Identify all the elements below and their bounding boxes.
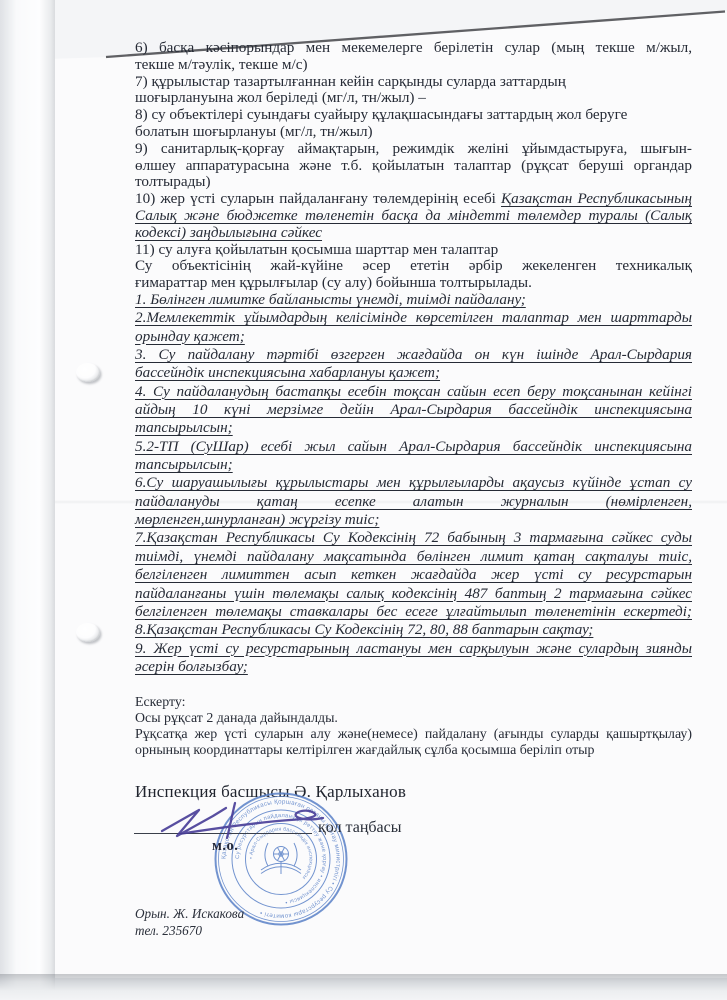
scanned-document-page: 6) басқа кәсіпорындар мен мекемелерге бе…	[0, 0, 727, 1000]
document-line: 5.2-ТП (СуШар) есебі жыл сайын Арал-Сырд…	[135, 438, 692, 456]
document-line: 10) жер үсті суларын пайдаланғану төлемд…	[135, 191, 692, 208]
document-line: 7.Қазақстан Республикасы Су Кодексінің 7…	[135, 529, 692, 547]
line-text: 10) жер үсті суларын пайдаланғану төлемд…	[135, 190, 501, 207]
document-line: 9. Жер үсті су ресурстарының ластануы ме…	[135, 640, 692, 658]
page-left-edge	[0, 0, 55, 1000]
document-conditions-list: 1. Бөлінген лимитке байланысты үнемді, т…	[135, 291, 692, 676]
document-line: Ескерту:	[135, 695, 692, 711]
executor-block: Орын. Ж. Искакова тел. 235670	[135, 906, 244, 939]
document-line: белгіленген төлемақы ставкалары бес есег…	[135, 603, 692, 621]
document-line: белгіленген лимиттен асып кеткен жағдайд…	[135, 566, 692, 584]
document-line: 2.Мемлекеттік ұйымдардың келісімінде көр…	[135, 309, 692, 327]
document-line: пайдаланғаны үшін төлемақы салық кодексі…	[135, 585, 692, 603]
document-line: бассейндік инспекциясына хабарлануы қаже…	[135, 364, 692, 382]
document-line: Су объектісінің жай-күйіне әсер ететін ә…	[135, 258, 692, 275]
document-line: 3. Су пайдалану тәртібі өзгерген жағдайд…	[135, 346, 692, 364]
document-line: 1. Бөлінген лимитке байланысты үнемді, т…	[135, 291, 692, 309]
document-line: мөрленген,шнурланған) жүргізу тиіс;	[135, 511, 692, 529]
document-line: тапсырылсын;	[135, 456, 692, 474]
signature-ink	[122, 793, 354, 865]
document-line: Рұқсатқа жер үсті суларын алу және(немес…	[135, 727, 692, 743]
document-line: 8) су объектілері суындағы суайыру құлақ…	[135, 107, 692, 124]
document-line: 6) басқа кәсіпорындар мен мекемелерге бе…	[135, 40, 692, 57]
document-line: орындау қажет;	[135, 328, 692, 346]
document-line: орнының координаттары келтірілген жағдай…	[135, 743, 692, 759]
document-line: Салық және бюджетке төленетін басқа да м…	[135, 208, 692, 225]
executor-name: Орын. Ж. Искакова	[135, 906, 244, 923]
underlined-law-reference: Қазақстан Республикасының	[501, 190, 692, 207]
punch-hole-bottom	[76, 623, 100, 642]
document-line: 4. Су пайдаланудың бастапқы есебін тоқса…	[135, 383, 692, 401]
punch-hole-top	[76, 363, 100, 382]
document-line: болатын шоғырлануы (мг/л, тн/жыл)	[135, 124, 692, 141]
document-line: ғимараттар мен құрылғылар (су алу) бойын…	[135, 275, 692, 292]
document-line: әсерін болғызбау;	[135, 658, 692, 676]
document-line: пайдалануды қатаң есепке алатын журналын…	[135, 493, 692, 511]
document-line: тиімді, үнемді пайдалану мақсатында бөлі…	[135, 548, 692, 566]
document-line: айдың 10 күні мерзімге дейін Арал-Сырдар…	[135, 401, 692, 419]
document-line: 6.Су шаруашылығы құрылыстары мен құрылғы…	[135, 474, 692, 492]
document-line: текше м/тәулік, текше м/с)	[135, 57, 692, 74]
document-line: 8.Қазақстан Республикасы Су Кодексінің 7…	[135, 621, 692, 639]
document-line: кодексі) заңдылығына сәйкес	[135, 225, 692, 242]
document-line: 11) су алуға қойылатын қосымша шарттар м…	[135, 242, 692, 259]
page-bottom-shadow	[0, 974, 727, 1000]
document-line: өлшеу аппаратурасына және т.б. қойылатын…	[135, 158, 692, 175]
document-line: 7) құрылыстар тазартылғаннан кейін сарқы…	[135, 74, 692, 91]
document-note-block: Ескерту:Осы рұқсат 2 данада дайындалды.Р…	[135, 695, 692, 759]
document-line: 9) санитарлық-қорғау аймақтарын, режимді…	[135, 141, 692, 158]
document-line: шоғырлануына жол беріледі (мг/л, тн/жыл)…	[135, 90, 692, 107]
document-line: толтырады)	[135, 174, 692, 191]
document-body-top: 6) басқа кәсіпорындар мен мекемелерге бе…	[135, 40, 692, 292]
document-line: тапсырылсын;	[135, 419, 692, 437]
document-line: Осы рұқсат 2 данада дайындалды.	[135, 711, 692, 727]
executor-phone: тел. 235670	[135, 923, 244, 940]
